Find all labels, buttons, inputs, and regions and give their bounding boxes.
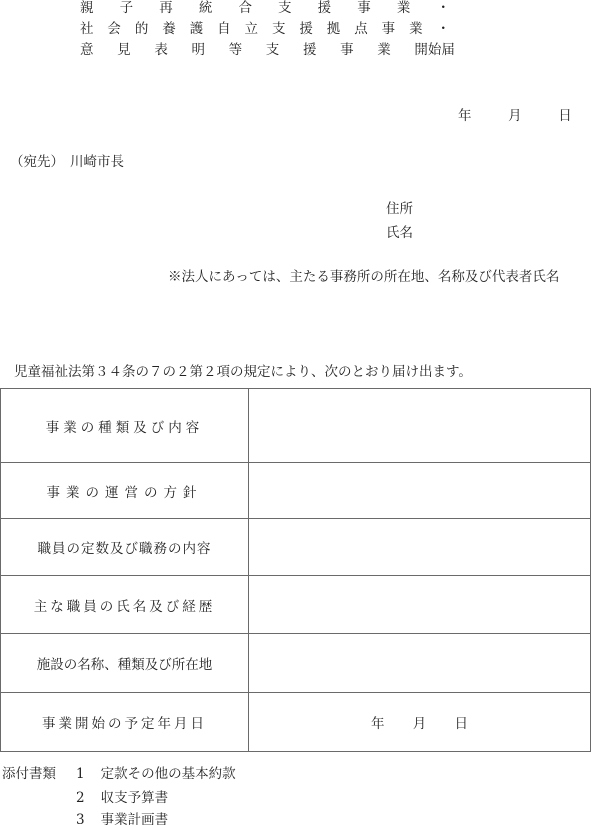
attachment-item: 3事業計画書 [76, 808, 168, 825]
facility-field[interactable] [249, 634, 591, 693]
addressee-prefix: （宛先） [10, 154, 64, 170]
name-label: 氏名 [386, 221, 413, 241]
table-row: 施設の名称、種類及び所在地 [1, 634, 591, 693]
intro-statement: 児童福祉法第３４条の７の２第２項の規定により、次のとおり届け出ます。 [14, 360, 472, 380]
row-label: 事業の運営の方針 [1, 463, 249, 519]
title-line-1: 親 子 再 統 合 支 援 事 業 ・ [80, 0, 450, 19]
row-label: 職員の定数及び職務の内容 [1, 519, 249, 576]
submission-date[interactable]: 年 月 日 [458, 104, 572, 124]
row-label: 事業の種類及び内容 [1, 389, 249, 463]
row-label: 主な職員の氏名及び経歴 [1, 576, 249, 634]
start-date-field[interactable]: 年 月 日 [249, 693, 591, 752]
notification-table: 事業の種類及び内容 事業の運営の方針 職員の定数及び職務の内容 主な職員の氏名及… [0, 388, 591, 752]
addressee: （宛先）川崎市長 [10, 150, 124, 170]
title-line-3: 意 見 表 明 等 支 援 事 業 開始届 [80, 40, 455, 61]
operation-policy-field[interactable] [249, 463, 591, 519]
attachment-item: 2収支予算書 [76, 786, 168, 806]
key-staff-field[interactable] [249, 576, 591, 634]
addressee-name: 川崎市長 [70, 154, 124, 170]
staff-count-duties-field[interactable] [249, 519, 591, 576]
attachment-item: 1定款その他の基本約款 [76, 762, 236, 782]
row-label: 事業開始の予定年月日 [1, 693, 249, 752]
table-row: 主な職員の氏名及び経歴 [1, 576, 591, 634]
address-label: 住所 [386, 197, 413, 217]
title-line-2: 社 会 的 養 護 自 立 支 援 拠 点 事 業 ・ [80, 19, 450, 40]
table-row: 事業の種類及び内容 [1, 389, 591, 463]
corporate-note: ※法人にあっては、主たる事務所の所在地、名称及び代表者氏名 [168, 265, 559, 285]
row-label: 施設の名称、種類及び所在地 [1, 634, 249, 693]
table-row: 事業開始の予定年月日 年 月 日 [1, 693, 591, 752]
table-row: 職員の定数及び職務の内容 [1, 519, 591, 576]
form-title: 親 子 再 統 合 支 援 事 業 ・ 社 会 的 養 護 自 立 支 援 拠 … [80, 0, 500, 61]
table-row: 事業の運営の方針 [1, 463, 591, 519]
attachments-label: 添付書類 [2, 762, 56, 782]
business-content-field[interactable] [249, 389, 591, 463]
